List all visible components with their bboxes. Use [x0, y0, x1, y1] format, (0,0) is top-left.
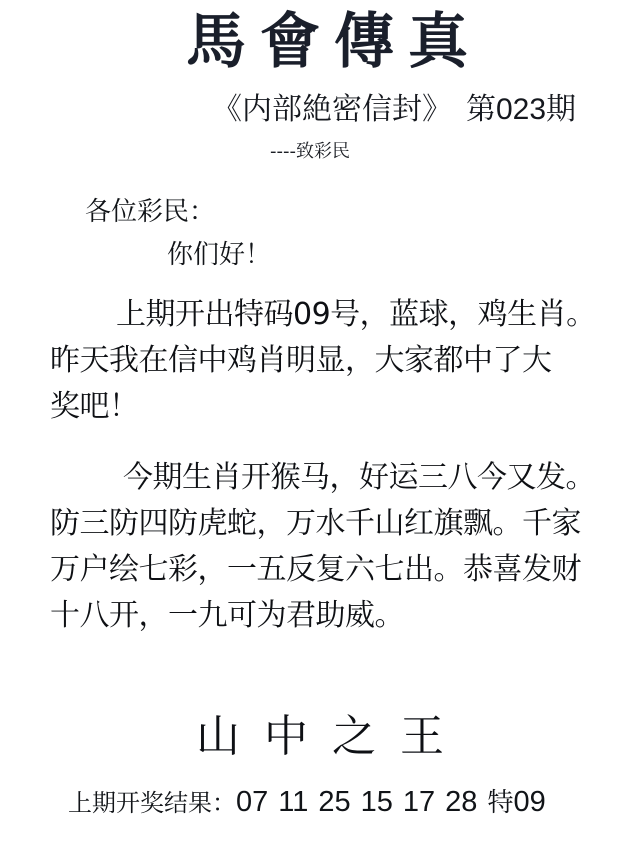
paragraph-line: 上期开出特码09号，蓝球，鸡生肖。 [50, 292, 610, 338]
issue-number: 第023期 [466, 93, 576, 126]
result-number: 15 [361, 786, 393, 818]
confidential-envelope-label: 《内部絶密信封》 [212, 92, 452, 127]
results-label: 上期开奖结果： [68, 789, 236, 817]
paragraph-line: 今期生肖开猴马，好运三八今又发。 [50, 455, 610, 501]
subtitle-line: 《内部絶密信封》第023期 [212, 88, 576, 132]
paragraph-prediction-poem: 今期生肖开猴马，好运三八今又发。 防三防四防虎蛇，万水千山红旗飘。千家 万户绘七… [50, 455, 610, 639]
result-number: 07 [236, 786, 268, 818]
paragraph-line: 昨天我在信中鸡肖明显，大家都中了大 [50, 338, 610, 384]
greeting: 你们好！ [167, 235, 271, 275]
paragraph-previous-result: 上期开出特码09号，蓝球，鸡生肖。 昨天我在信中鸡肖明显，大家都中了大 奖吧！ [50, 292, 610, 430]
slogan: 山中之王 [196, 705, 468, 769]
paragraph-line: 万户绘七彩，一五反复六七出。恭喜发财 [50, 547, 610, 593]
paragraph-line: 奖吧！ [50, 384, 610, 430]
result-number: 28 [445, 786, 477, 818]
result-number: 11 [278, 786, 308, 818]
salutation: 各位彩民： [85, 192, 215, 232]
results-numbers: 071125151728 [236, 786, 487, 818]
paragraph-line: 十八开，一九可为君助威。 [50, 593, 610, 639]
paragraph-line: 防三防四防虎蛇，万水千山红旗飘。千家 [50, 501, 610, 547]
dedication: ----致彩民 [270, 138, 350, 166]
special-number: 09 [513, 786, 545, 818]
document-title: 馬會傳真 [186, 2, 482, 82]
last-draw-results: 上期开奖结果：071125151728特09 [68, 780, 546, 825]
result-number: 25 [318, 786, 350, 818]
special-number-label: 特 [487, 788, 513, 818]
result-number: 17 [403, 786, 435, 818]
